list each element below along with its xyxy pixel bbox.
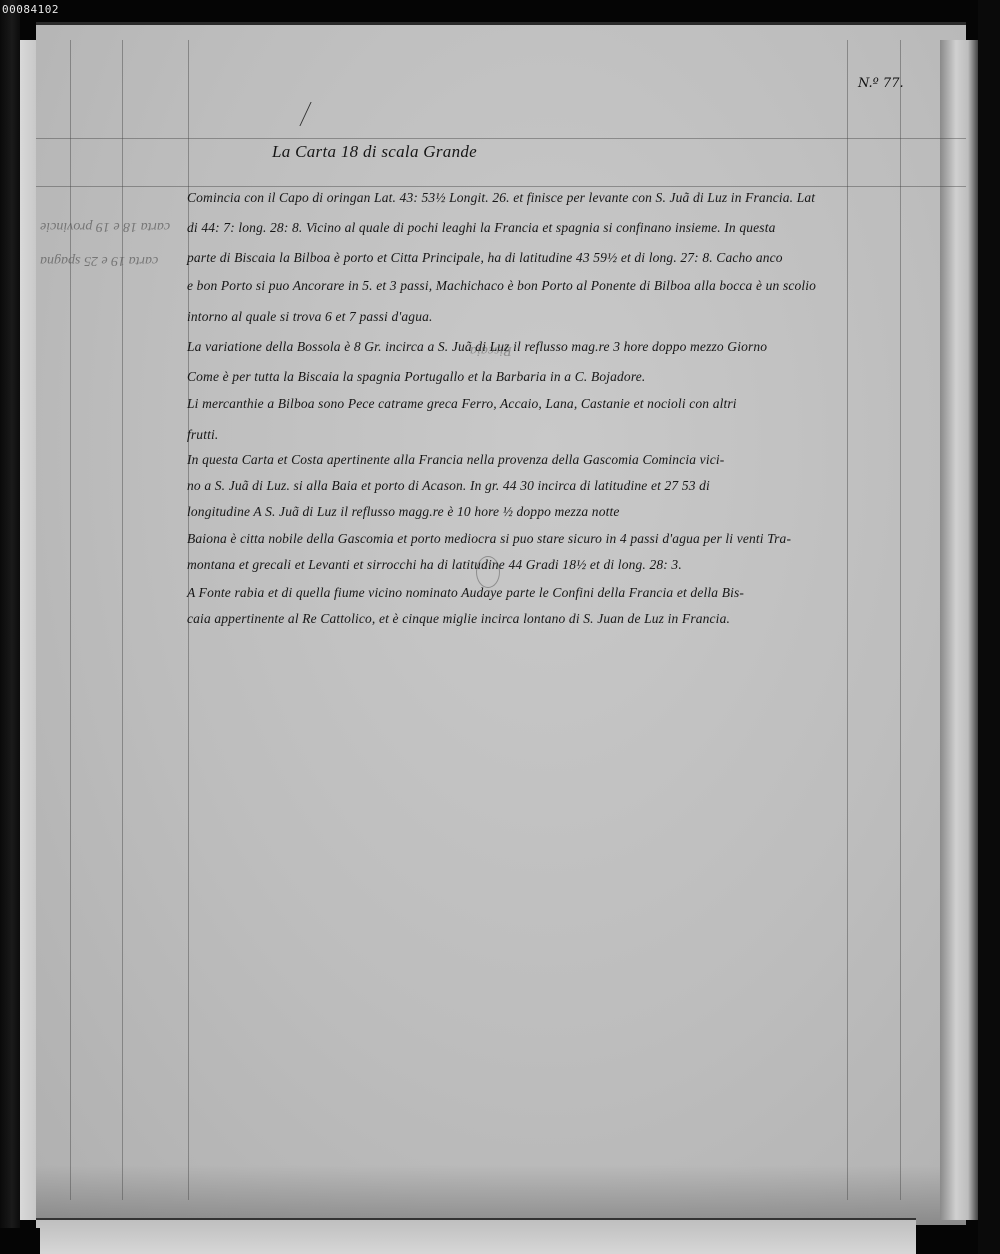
ruling-line bbox=[847, 40, 848, 1200]
ruling-line bbox=[36, 186, 966, 187]
faint-ink-mark bbox=[476, 556, 500, 588]
text-line: La variatione della Bossola è 8 Gr. inci… bbox=[187, 339, 767, 355]
text-line: di 44: 7: long. 28: 8. Vicino al quale d… bbox=[187, 220, 776, 236]
bottom-corner-shadow bbox=[0, 1228, 40, 1254]
ruling-line bbox=[70, 40, 71, 1200]
ruling-line bbox=[36, 138, 966, 139]
left-page-flap bbox=[20, 40, 36, 1220]
text-line: intorno al quale si trova 6 et 7 passi d… bbox=[187, 309, 433, 325]
ruling-line bbox=[900, 40, 901, 1200]
ruling-line bbox=[122, 40, 123, 1200]
left-binding-edge bbox=[0, 0, 20, 1254]
margin-note: carta 18 e 19 provincie bbox=[40, 218, 170, 234]
page-title: La Carta 18 di scala Grande bbox=[272, 142, 477, 162]
text-line: e bon Porto si puo Ancorare in 5. et 3 p… bbox=[187, 278, 816, 294]
text-line: Li mercanthie a Bilboa sono Pece catrame… bbox=[187, 396, 737, 412]
text-line: caia appertinente al Re Cattolico, et è … bbox=[187, 611, 730, 627]
text-line: longitudine A S. Juã di Luz il reflusso … bbox=[187, 504, 620, 520]
right-page-edge bbox=[940, 40, 980, 1220]
text-line: Comincia con il Capo di oringan Lat. 43:… bbox=[187, 190, 815, 206]
text-line: Come è per tutta la Biscaia la spagnia P… bbox=[187, 369, 645, 385]
text-line: no a S. Juã di Luz. si alla Baia et port… bbox=[187, 478, 710, 494]
text-line: frutti. bbox=[187, 427, 218, 443]
margin-note: carta 19 e 25 spagna bbox=[40, 252, 158, 268]
folio-number: N.º 77. bbox=[858, 76, 904, 91]
scan-id-label: 00084102 bbox=[2, 3, 59, 16]
text-line: montana et grecali et Levanti et sirrocc… bbox=[187, 557, 682, 573]
text-line: In questa Carta et Costa apertinente all… bbox=[187, 452, 724, 468]
text-line: A Fonte rabia et di quella fiume vicino … bbox=[187, 585, 744, 601]
text-line: parte di Biscaia la Bilboa è porto et Ci… bbox=[187, 250, 783, 266]
right-binding-shadow bbox=[978, 0, 1000, 1254]
bottom-page-edge bbox=[36, 1218, 916, 1254]
text-line: Baiona è citta nobile della Gascomia et … bbox=[187, 531, 791, 547]
